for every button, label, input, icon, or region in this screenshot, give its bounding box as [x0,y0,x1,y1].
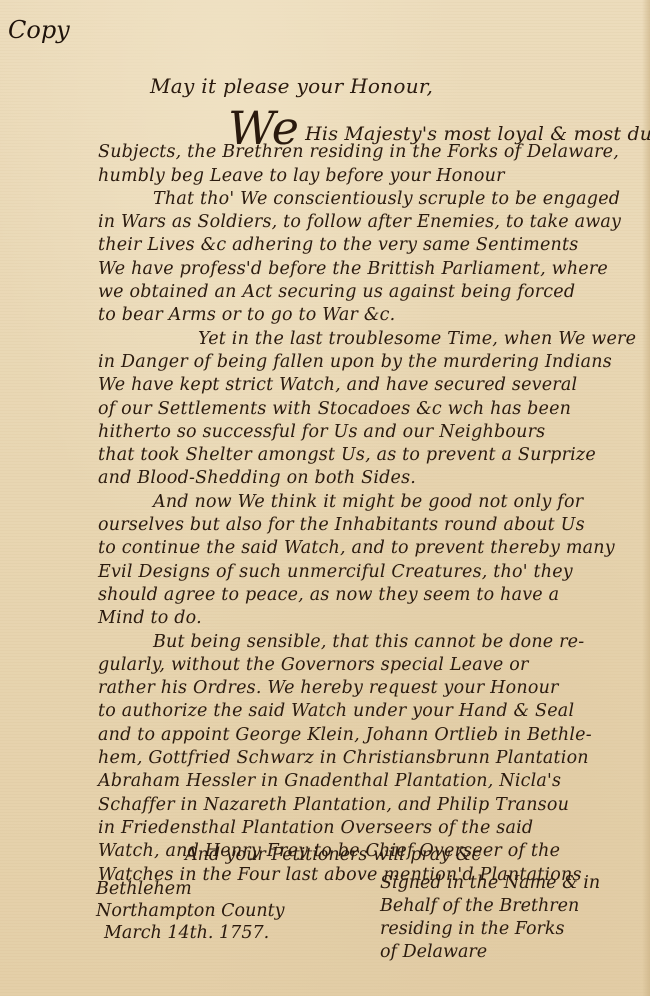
text-line: hitherto so successful for Us and our Ne… [98,421,643,444]
text-line: Yet in the last troublesome Time, when W… [98,328,643,351]
text-line-content: rather his Ordres. We hereby request you… [98,678,559,698]
text-line-content: in Friedensthal Plantation Overseers of … [98,818,533,838]
text-line: and to appoint George Klein, Johann Ortl… [98,724,643,747]
text-line-content: we obtained an Act securing us against b… [98,282,575,302]
copy-mark: Copy [8,16,70,44]
text-line-content: Yet in the last troublesome Time, when W… [198,329,636,349]
text-line-content: That tho' We conscientiously scruple to … [153,189,620,209]
signature-line-2: Behalf of the Brethren [380,895,600,918]
text-line: We have kept strict Watch, and have secu… [98,374,643,397]
text-line: Evil Designs of such unmerciful Creature… [98,561,643,584]
text-line-content: Evil Designs of such unmerciful Creature… [98,562,573,582]
text-line: to bear Arms or to go to War &c. [98,304,643,327]
text-line: hem, Gottfried Schwarz in Christiansbrun… [98,747,643,770]
text-line: to authorize the said Watch under your H… [98,700,643,723]
text-line: rather his Ordres. We hereby request you… [98,677,643,700]
text-line-content: Subjects, the Brethren residing in the F… [98,142,619,162]
text-line-content: and to appoint George Klein, Johann Ortl… [98,725,592,745]
text-line: in Wars as Soldiers, to follow after Ene… [98,211,643,234]
text-line: of our Settlements with Stocadoes &c wch… [98,398,643,421]
text-line: should agree to peace, as now they seem … [98,584,643,607]
text-line-content: that took Shelter amongst Us, as to prev… [98,445,596,465]
page-edge [642,0,650,996]
signature-block: Signed in the Name & in Behalf of the Br… [380,872,600,964]
text-line: humbly beg Leave to lay before your Hono… [98,165,643,188]
text-line-content: And now We think it might be good not on… [153,492,583,512]
text-line: And now We think it might be good not on… [98,491,643,514]
text-line: That tho' We conscientiously scruple to … [98,188,643,211]
text-line-content: in Wars as Soldiers, to follow after Ene… [98,212,621,232]
text-line-content: should agree to peace, as now they seem … [98,585,559,605]
place-town: Bethlehem [96,878,285,900]
text-line: ourselves but also for the Inhabitants r… [98,514,643,537]
text-line: Subjects, the Brethren residing in the F… [98,141,643,164]
text-line: We have profess'd before the Brittish Pa… [98,258,643,281]
text-line: Abraham Hessler in Gnadenthal Plantation… [98,770,643,793]
text-line-content: to continue the said Watch, and to preve… [98,538,615,558]
text-line: in Friedensthal Plantation Overseers of … [98,817,643,840]
text-line: their Lives &c adhering to the very same… [98,234,643,257]
text-line-content: hem, Gottfried Schwarz in Christiansbrun… [98,748,589,768]
text-line-content: to bear Arms or to go to War &c. [98,305,395,325]
text-line-content: gularly, without the Governors special L… [98,655,529,675]
text-line-content: their Lives &c adhering to the very same… [98,235,578,255]
text-line: WeHis Majesty's most loyal & most dutifu… [98,118,643,141]
text-line-content: hitherto so successful for Us and our Ne… [98,422,545,442]
text-line-content: Mind to do. [98,608,202,628]
text-line: Mind to do. [98,607,643,630]
text-line-content: of our Settlements with Stocadoes &c wch… [98,399,571,419]
text-line-content: But being sensible, that this cannot be … [153,632,584,652]
signature-line-4: of Delaware [380,941,600,964]
place-date-block: Bethlehem Northampton County March 14th.… [96,878,285,944]
signature-line-3: residing in the Forks [380,918,600,941]
text-line-content: to authorize the said Watch under your H… [98,701,574,721]
petition-body: WeHis Majesty's most loyal & most dutifu… [98,118,643,887]
text-line-content: humbly beg Leave to lay before your Hono… [98,166,505,186]
text-line-content: We have kept strict Watch, and have secu… [98,375,577,395]
text-line: in Danger of being fallen upon by the mu… [98,351,643,374]
signature-line-1: Signed in the Name & in [380,872,600,895]
place-county: Northampton County [96,900,285,922]
text-line: we obtained an Act securing us against b… [98,281,643,304]
text-line: that took Shelter amongst Us, as to prev… [98,444,643,467]
text-line: to continue the said Watch, and to preve… [98,537,643,560]
text-line-content: Abraham Hessler in Gnadenthal Plantation… [98,771,561,791]
text-line-content: in Danger of being fallen upon by the mu… [98,352,612,372]
text-line-content: Schaffer in Nazareth Plantation, and Phi… [98,795,569,815]
text-line-content: We have profess'd before the Brittish Pa… [98,259,608,279]
salutation: May it please your Honour, [150,74,433,98]
text-line: Schaffer in Nazareth Plantation, and Phi… [98,794,643,817]
text-line-content: ourselves but also for the Inhabitants r… [98,515,585,535]
manuscript-page: Copy May it please your Honour, WeHis Ma… [0,0,650,996]
text-line: and Blood-Shedding on both Sides. [98,467,643,490]
date: March 14th. 1757. [96,922,285,944]
text-line: gularly, without the Governors special L… [98,654,643,677]
text-line-content: and Blood-Shedding on both Sides. [98,468,416,488]
closing-line: And your Petitioners will pray &c [185,845,481,865]
text-line: But being sensible, that this cannot be … [98,631,643,654]
